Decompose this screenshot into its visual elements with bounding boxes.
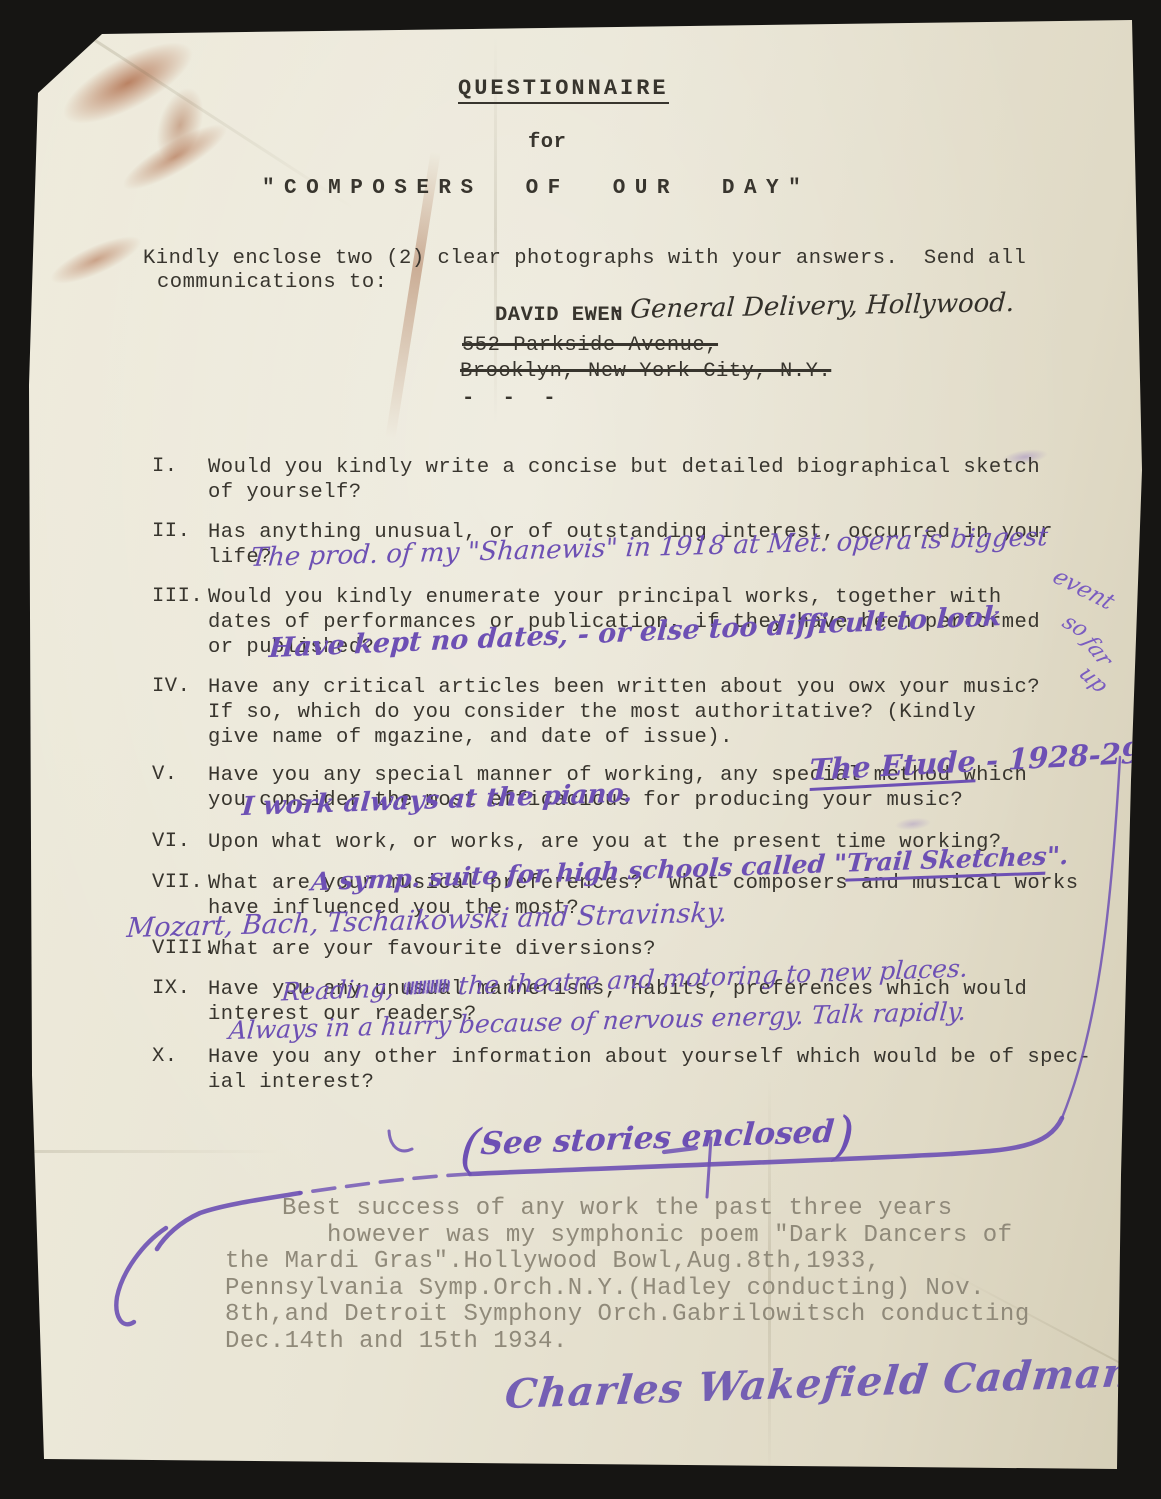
- instructions-line-2: communications to:: [157, 270, 387, 295]
- question-numeral: VII.: [152, 871, 203, 894]
- question-line: Have any critical articles been written …: [208, 675, 1082, 700]
- answer-text: the theatre and motoring to new places.: [457, 953, 969, 1000]
- closing-line: Dec.14th and 15th 1934.: [225, 1329, 1030, 1356]
- question-numeral: X.: [152, 1045, 178, 1068]
- answer-dates: - 1928-29: [976, 736, 1142, 779]
- answer-text: See stories enclosed: [479, 1114, 835, 1162]
- answer-text: A symp. suite for high schools called ": [310, 849, 848, 897]
- question-numeral: V.: [152, 763, 178, 786]
- question-numeral: I.: [152, 455, 178, 478]
- struck-address-line-2: Brooklyn, New York City, N.Y.: [460, 359, 831, 384]
- instructions-line-1: Kindly enclose two (2) clear photographs…: [143, 246, 1026, 271]
- recipient-name: DAVID EWEN: [495, 303, 623, 328]
- answer-text: ".: [1046, 841, 1070, 871]
- signature: Charles Wakefield Cadman: [503, 1349, 1135, 1418]
- closing-line: however was my symphonic poem "Dark Danc…: [327, 1223, 1030, 1250]
- paper-crease: [20, 1150, 280, 1153]
- answer-underlined-title: Trail Sketches: [845, 842, 1047, 882]
- rust-stain: [134, 63, 225, 186]
- margin-note-far: far: [1077, 632, 1118, 670]
- closing-note: Best success of any work the past three …: [225, 1196, 1030, 1355]
- document-title: QUESTIONNAIRE: [458, 76, 669, 104]
- question-numeral: IX.: [152, 977, 190, 1000]
- hand-paren-close: ): [832, 1106, 856, 1167]
- closing-line: 8th,and Detroit Symphony Orch.Gabrilowit…: [225, 1302, 1030, 1329]
- divider-dashes: - - -: [462, 386, 564, 411]
- hand-paren-open: (: [458, 1119, 482, 1180]
- struck-address-line-1: 552 Parkside Avenue,: [462, 333, 718, 358]
- circled-question-mark: ?: [1145, 745, 1161, 778]
- question-line: Have you any other information about you…: [208, 1045, 1082, 1070]
- question-line: of yourself?: [208, 480, 1082, 505]
- rust-stain: [90, 95, 259, 218]
- question-numeral: III.: [152, 585, 203, 608]
- title-for-label: for: [528, 130, 566, 155]
- program-title: "COMPOSERS OF OUR DAY": [262, 176, 810, 201]
- closing-line: Best success of any work the past three …: [282, 1196, 1030, 1223]
- closing-line: Pennsylvania Symp.Orch.N.Y.(Hadley condu…: [225, 1276, 1030, 1303]
- question-numeral: II.: [152, 520, 190, 543]
- answer-question-4: The Etude - 1928-29?: [748, 700, 1161, 832]
- rust-stain: [23, 5, 232, 161]
- scanned-document: QUESTIONNAIRE for "COMPOSERS OF OUR DAY"…: [0, 0, 1161, 1499]
- ink-left-hook: [116, 1228, 166, 1324]
- question-line: Would you kindly write a concise but det…: [208, 455, 1082, 480]
- handwritten-address: - General Delivery, Hollywood.: [612, 288, 1015, 325]
- answer-text: Reading,: [281, 973, 396, 1006]
- question-item-1: I. Would you kindly write a concise but …: [152, 455, 1082, 505]
- questionnaire-page: QUESTIONNAIRE for "COMPOSERS OF OUR DAY"…: [0, 0, 1161, 1499]
- answer-underlined-title: The Etude: [809, 744, 976, 791]
- question-numeral: VI.: [152, 830, 190, 853]
- scribbled-out-word: [404, 979, 451, 995]
- closing-line: the Mardi Gras".Hollywood Bowl,Aug.8th,1…: [225, 1249, 1030, 1276]
- question-numeral: IV.: [152, 675, 190, 698]
